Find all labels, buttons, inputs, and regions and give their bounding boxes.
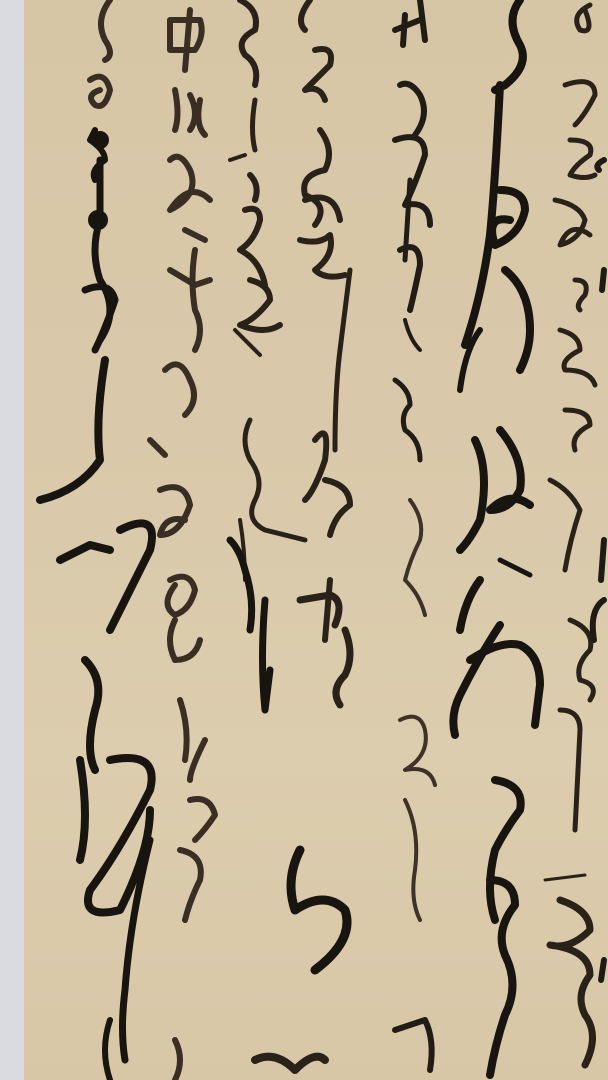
column-edge-right	[593, 160, 604, 980]
column-far-left	[40, 0, 152, 1080]
column-left-center	[150, 10, 215, 1080]
column-far-right	[545, 5, 595, 1065]
column-center-right	[255, 0, 350, 1070]
paper-sheet: Photograph of a handwritten Japanese let…	[24, 0, 608, 1080]
brush-strokes	[24, 0, 608, 1080]
column-right-3	[395, 0, 435, 1070]
column-center	[230, 0, 305, 710]
left-margin-background	[0, 0, 24, 1080]
calligraphy-photo: Photograph of a handwritten Japanese let…	[0, 0, 608, 1080]
column-right-2	[453, 0, 540, 1075]
